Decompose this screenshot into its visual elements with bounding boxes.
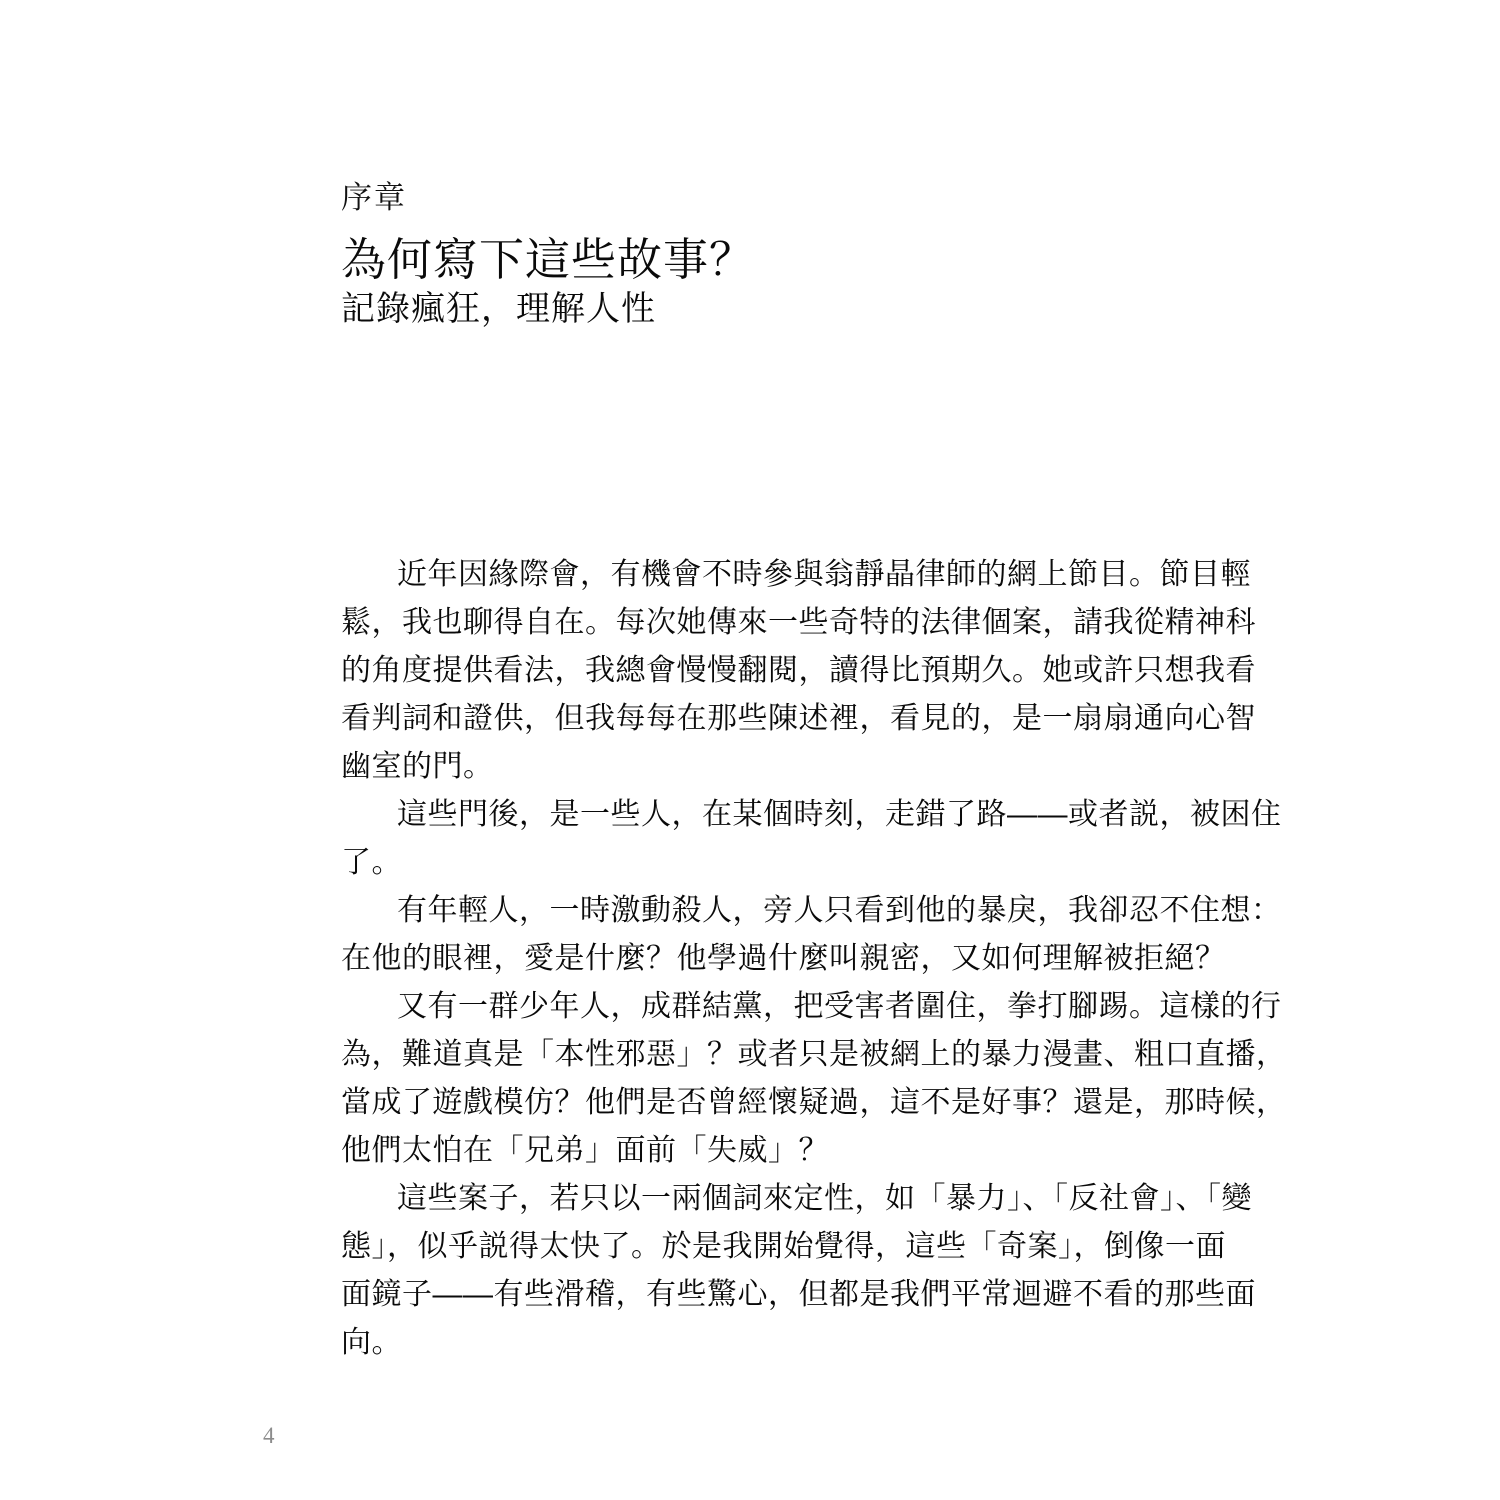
- text-line: 了。: [341, 839, 1171, 887]
- page-title: 為何寫下這些故事？: [341, 235, 755, 285]
- paragraph: 近年因緣際會，有機會不時參與翁靜晶律師的網上節目。節目輕 鬆，我也聊得自在。每次…: [341, 551, 1171, 791]
- text-line: 看判詞和證供，但我每每在那些陳述裡，看見的，是一扇扇通向心智: [341, 695, 1171, 743]
- text-line: 有年輕人，一時激動殺人，旁人只看到他的暴戾，我卻忍不住想：: [341, 887, 1171, 935]
- text-line: 又有一群少年人，成群結黨，把受害者圍住，拳打腳踢。這樣的行: [341, 983, 1171, 1031]
- text-line: 在他的眼裡，愛是什麼？他學過什麼叫親密，又如何理解被拒絕？: [341, 935, 1171, 983]
- text-line: 的角度提供看法，我總會慢慢翻閱，讀得比預期久。她或許只想我看: [341, 647, 1171, 695]
- text-line: 態」，似乎説得太快了。於是我開始覺得，這些「奇案」，倒像一面: [341, 1223, 1171, 1271]
- text-line: 這些案子，若只以一兩個詞來定性，如「暴力」、「反社會」、「變: [341, 1175, 1171, 1223]
- paragraph: 又有一群少年人，成群結黨，把受害者圍住，拳打腳踢。這樣的行 為，難道真是「本性邪…: [341, 983, 1171, 1175]
- paragraph: 有年輕人，一時激動殺人，旁人只看到他的暴戾，我卻忍不住想： 在他的眼裡，愛是什麼…: [341, 887, 1171, 983]
- page-subtitle: 記錄瘋狂，理解人性: [341, 289, 755, 329]
- chapter-header: 序章 為何寫下這些故事？ 記錄瘋狂，理解人性: [341, 181, 755, 329]
- paragraph: 這些案子，若只以一兩個詞來定性，如「暴力」、「反社會」、「變 態」，似乎説得太快…: [341, 1175, 1171, 1367]
- text-line: 近年因緣際會，有機會不時參與翁靜晶律師的網上節目。節目輕: [341, 551, 1171, 599]
- text-line: 為，難道真是「本性邪惡」？或者只是被網上的暴力漫畫、粗口直播，: [341, 1031, 1171, 1079]
- body-text: 近年因緣際會，有機會不時參與翁靜晶律師的網上節目。節目輕 鬆，我也聊得自在。每次…: [341, 551, 1171, 1367]
- text-line: 當成了遊戲模仿？他們是否曾經懷疑過，這不是好事？還是，那時候，: [341, 1079, 1171, 1127]
- text-line: 面鏡子——有些滑稽，有些驚心，但都是我們平常迴避不看的那些面: [341, 1271, 1171, 1319]
- text-line: 他們太怕在「兄弟」面前「失威」？: [341, 1127, 1171, 1175]
- page-number: 4: [263, 1422, 275, 1449]
- book-page: 序章 為何寫下這些故事？ 記錄瘋狂，理解人性 近年因緣際會，有機會不時參與翁靜晶…: [0, 0, 1500, 1500]
- text-line: 這些門後，是一些人，在某個時刻，走錯了路——或者説，被困住: [341, 791, 1171, 839]
- paragraph: 這些門後，是一些人，在某個時刻，走錯了路——或者説，被困住 了。: [341, 791, 1171, 887]
- text-line: 幽室的門。: [341, 743, 1171, 791]
- text-line: 向。: [341, 1319, 1171, 1367]
- chapter-label: 序章: [341, 181, 755, 215]
- text-line: 鬆，我也聊得自在。每次她傳來一些奇特的法律個案，請我從精神科: [341, 599, 1171, 647]
